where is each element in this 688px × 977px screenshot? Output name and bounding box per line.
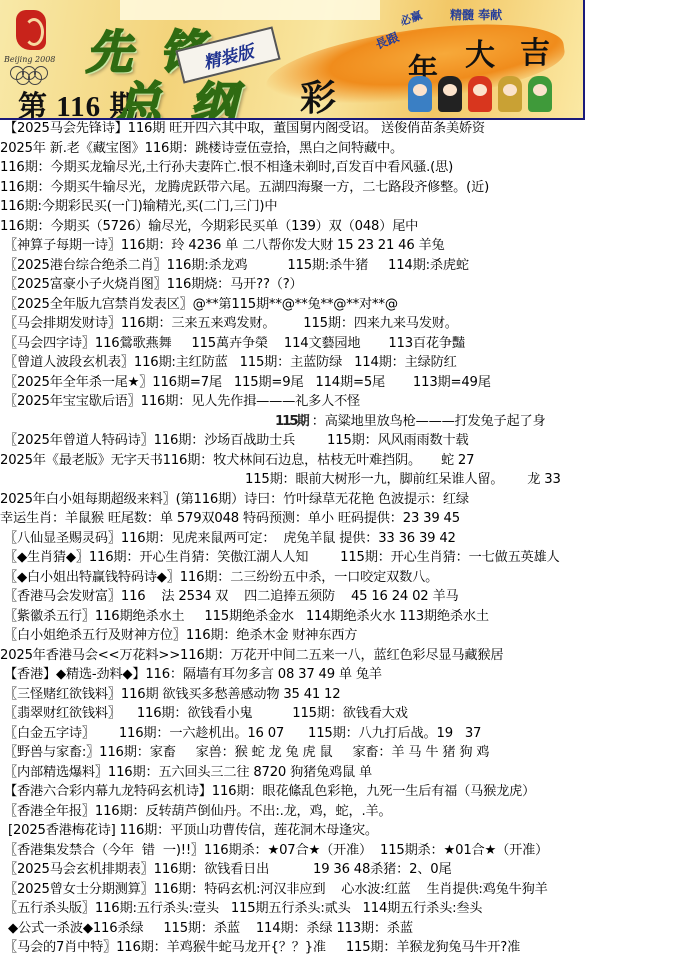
- text-line: 【2025马会先锋诗】116期 旺开四六其中取，董国舅内阁受诏。 送俊俏苗条美娇…: [0, 119, 688, 139]
- text-line: 2025年 新.老《藏宝图》116期：跳楼诗壹伍壹拾，黑白之间特藏中。: [0, 139, 688, 159]
- mascot-yingying-icon: [498, 76, 522, 112]
- header-banner: Beijing 2008 第 116 期 先 锋 总 纲 精装版 必赢 精髓 奉…: [0, 0, 585, 120]
- text-line: 116期：今期买龙输尽光,土行孙夫妻阵亡.恨不相逢未剃时,百发百中看风骚.(思): [0, 158, 688, 178]
- text-line: 〖2025富豪小子火烧肖图〗116期烧：马开??（?）: [0, 275, 688, 295]
- banner-highlight: [120, 0, 380, 20]
- text-line: 〖2025年宝宝歇后语〗116期：见人先作揖———礼多人不怪: [0, 392, 688, 412]
- text-line: 〖野兽与家畜:〗116期：家畜 家兽：猴 蛇 龙 兔 虎 鼠 家畜：羊 马 牛 …: [0, 743, 688, 763]
- text-line: 115期：眼前大树形一九，脚前红呆谁人留。 龙 33: [0, 470, 688, 490]
- tagline-bisheng: 必赢: [398, 7, 424, 30]
- text-line: 〖2025曾女士分期测算〗116期：特码玄机:河汉非应到 心水波:红蓝 生肖提供…: [0, 880, 688, 900]
- text-line: 〖马会的7肖中特〗116期：羊鸡猴牛蛇马龙开{？？}准 115期：羊猴龙狗兔马牛…: [0, 938, 688, 958]
- text-line: 2025年《最老版》无字天书116期：牧犬林间石边息，枯枝无叶难挡阴。 蛇 27: [0, 451, 688, 471]
- text-line: 116期:今期彩民买(一门)输精光,买(二门,三门)中: [0, 197, 688, 217]
- olympic-rings-icon: [10, 66, 56, 82]
- olympic-emblem-icon: [16, 10, 46, 50]
- text-line: 〖马会排期发财诗〗116期：三来五来鸡发财。 115期：四来九来马发财。: [0, 314, 688, 334]
- title-char-3: 总: [115, 68, 161, 120]
- text-line: 〖香港全年报〗116期：反转葫芦倒仙丹。不出:.龙，鸡，蛇，.羊。: [0, 802, 688, 822]
- text-line: 〖曾道人波段玄机表〗116期:主红防蓝 115期：主蓝防绿 114期：主绿防红: [0, 353, 688, 373]
- text-line: ◆公式一杀波◆116杀绿 115期：杀蓝 114期：杀绿 113期：杀蓝: [0, 919, 688, 939]
- text-line: 〖马会四字诗〗116鶯歌燕舞 115萬卉争榮 114文藝园地 113百花争豔: [0, 334, 688, 354]
- text-line: 〖内部精选爆料〗116期：五六回头三二往 8720 狗猪兔鸡鼠 单: [0, 763, 688, 783]
- text-line: 【香港六合彩内幕九龙特码玄机诗】116期：眼花絛乱色彩艳，九死一生后有福（马猴龙…: [0, 782, 688, 802]
- overlapping-text: 115期: [275, 414, 308, 429]
- tagline-jingsui: 精髓 奉献: [450, 6, 502, 23]
- text-line: 〖白小姐绝杀五行及财神方位〗116期：绝杀木金 财神东西方: [0, 626, 688, 646]
- text-line: 〖紫徽杀五行〗116期绝杀水土 115期绝杀金水 114期绝杀火水 113期绝杀…: [0, 607, 688, 627]
- text-line: 2025年香港马会<<万花料>>116期：万花开中间二五来一八，蓝红色彩尽显马藏…: [0, 646, 688, 666]
- text-line: 〖◆白小姐出特赢钱特码诗◆〗116期：二三纷纷五中杀，一口咬定双数八。: [0, 568, 688, 588]
- text-line: [2025香港梅花诗] 116期：平顶山功曹传信，莲花洞木母逢灾。: [0, 821, 688, 841]
- fuwa-mascots: [408, 76, 552, 112]
- text-line: 〖◆生肖猜◆〗116期：开心生肖猜：笑傲江湖人人知 115期：开心生肖猜：一七做…: [0, 548, 688, 568]
- text-line: 〖三怪赌红欲钱料〗116期 欲钱买多愁善感动物 35 41 12: [0, 685, 688, 705]
- text-line: 〖2025年全年杀一尾★〗116期=7尾 115期=9尾 114期=5尾 113…: [0, 373, 688, 393]
- text-line: 〖神算子每期一诗〗116期：玲 4236 单 二八帮你发大财 15 23 21 …: [0, 236, 688, 256]
- mascot-beibei-icon: [408, 76, 432, 112]
- text-line: 〖白金五字诗〗 116期：一六趁机出。16 07 115期：八九打后战。19 3…: [0, 724, 688, 744]
- text-line: 〖香港马会发财富〗116 法 2534 双 四二追捧五须防 45 16 24 0…: [0, 587, 688, 607]
- text-line: 〖2025港台综合绝杀二肖〗116期:杀龙鸡 115期:杀牛猪 114期:杀虎蛇: [0, 256, 688, 276]
- mascot-nini-icon: [528, 76, 552, 112]
- calligraphy-char-3: 大: [465, 30, 495, 74]
- text-line: 116期：今期买（5726）输尽光，今期彩民买单（139）双（048）尾中: [0, 217, 688, 237]
- text-line: 〖2025全年版九宫禁肖发表区〗@**第115期**@**兔**@**对**@: [0, 295, 688, 315]
- text-line: 〖五行杀头版〗116期:五行杀头:壹头 115期五行杀头:贰头 114期五行杀头…: [0, 899, 688, 919]
- calligraphy-char-4: 吉: [520, 28, 550, 72]
- text-line: 115期 ：高粱地里放鸟枪———打发兔子起了身: [0, 412, 688, 432]
- prediction-list: 【2025马会先锋诗】116期 旺开四六其中取，董国舅内阁受诏。 送俊俏苗条美娇…: [0, 119, 688, 958]
- text-line: 116期：今期买牛输尽光，龙腾虎跃带六尾。五湖四海聚一方，二七路段齐修整。(近): [0, 178, 688, 198]
- text-line: 〖2025年曾道人特码诗〗116期：沙场百战助士兵 115期：风风雨雨数十载: [0, 431, 688, 451]
- mascot-jingjing-icon: [438, 76, 462, 112]
- calligraphy-char-1: 彩: [300, 70, 336, 120]
- line-text: ：高粱地里放鸟枪———打发兔子起了身: [308, 414, 546, 429]
- logo-caption: Beijing 2008: [4, 55, 55, 64]
- text-line: 幸运生肖：羊鼠猴 旺尾数：单 579双048 特码预测：单小 旺码提供：23 3…: [0, 509, 688, 529]
- text-line: 〖香港集发禁合（今年 错 一)!!〗116期杀：★07合★（开准） 115期杀：…: [0, 841, 688, 861]
- text-line: 2025年白小姐每期超级来料〗(第116期）诗曰：竹叶绿草无花艳 色波提示：红绿: [0, 490, 688, 510]
- text-line: 〖2025马会玄机排期表〗116期：欲钱看日出 19 36 48杀猪：2、0尾: [0, 860, 688, 880]
- text-line: 【香港】◆精选-劲料◆】116：隔墙有耳勿多言 08 37 49 单 兔羊: [0, 665, 688, 685]
- text-line: 〖翡翠财红欲钱料〗 116期：欲钱看小鬼 115期：欲钱看大戏: [0, 704, 688, 724]
- mascot-huanhuan-icon: [468, 76, 492, 112]
- text-line: 〖八仙显圣赐灵码〗116期：见虎来鼠两可定： 虎兔羊鼠 提供：33 36 39 …: [0, 529, 688, 549]
